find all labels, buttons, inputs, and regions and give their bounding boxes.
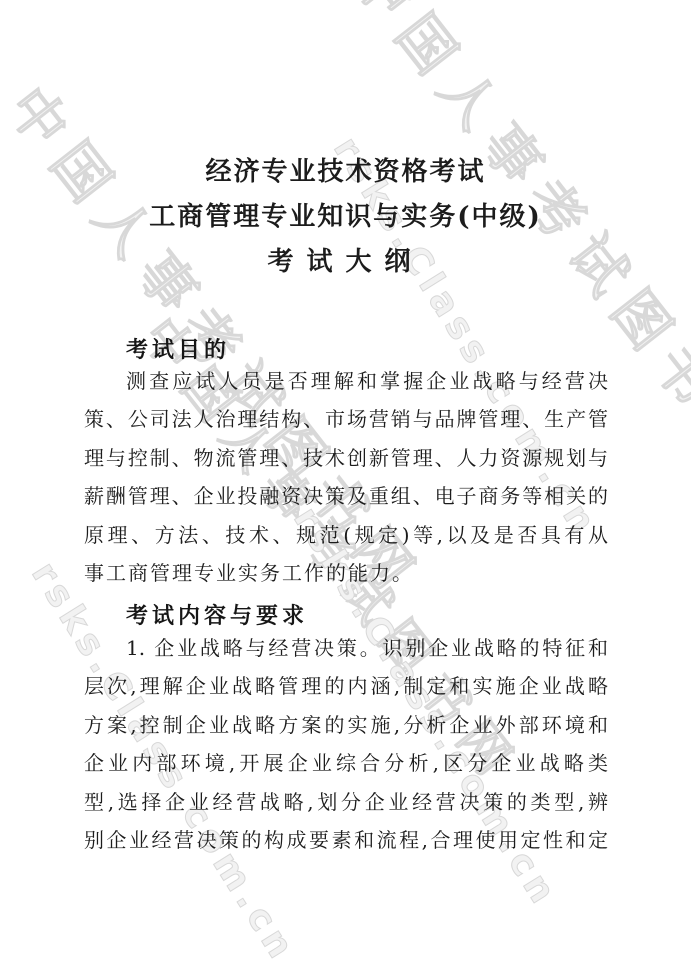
text-line: 层次,理解企业战略管理的内涵,制定和实施企业战略 <box>84 667 608 705</box>
text-line: 理与控制、物流管理、技术创新管理、人力资源规划与 <box>84 439 608 477</box>
text-line: 别企业经营决策的构成要素和流程,合理使用定性和定 <box>84 821 608 859</box>
text-line: 原理、方法、技术、规范(规定)等,以及是否具有从 <box>84 516 608 554</box>
text-line: 1. 企业战略与经营决策。识别企业战略的特征和 <box>84 629 608 667</box>
text-line: 企业内部环境,开展企业综合分析,区分企业战略类 <box>84 744 608 782</box>
text-line: 策、公司法人治理结构、市场营销与品牌管理、生产管 <box>84 400 608 438</box>
text-line: 事工商管理专业实务工作的能力。 <box>84 554 608 592</box>
title-line-1: 经济专业技术资格考试 <box>0 150 691 195</box>
document-title: 经济专业技术资格考试 工商管理专业知识与实务(中级) 考试大纲 <box>0 150 691 285</box>
title-line-3: 考试大纲 <box>0 240 691 285</box>
document-content: 经济专业技术资格考试 工商管理专业知识与实务(中级) 考试大纲 考试目的 测查应… <box>0 0 691 965</box>
text-line: 薪酬管理、企业投融资决策及重组、电子商务等相关的 <box>84 477 608 515</box>
section-heading-exam-content: 考试内容与要求 <box>126 599 308 630</box>
title-line-2: 工商管理专业知识与实务(中级) <box>0 195 691 240</box>
text-line: 测查应试人员是否理解和掌握企业战略与经营决 <box>84 362 608 400</box>
document-page: 中国人事考试图书网 中国人事考试图书网 中国人事考试图书网 rsks.Class… <box>0 0 691 965</box>
paragraph-exam-purpose: 测查应试人员是否理解和掌握企业战略与经营决 策、公司法人治理结构、市场营销与品牌… <box>84 362 608 592</box>
section-heading-exam-purpose: 考试目的 <box>126 333 230 364</box>
paragraph-exam-content: 1. 企业战略与经营决策。识别企业战略的特征和 层次,理解企业战略管理的内涵,制… <box>84 629 608 859</box>
text-line: 型,选择企业经营战略,划分企业经营决策的类型,辨 <box>84 783 608 821</box>
text-line: 方案,控制企业战略方案的实施,分析企业外部环境和 <box>84 706 608 744</box>
